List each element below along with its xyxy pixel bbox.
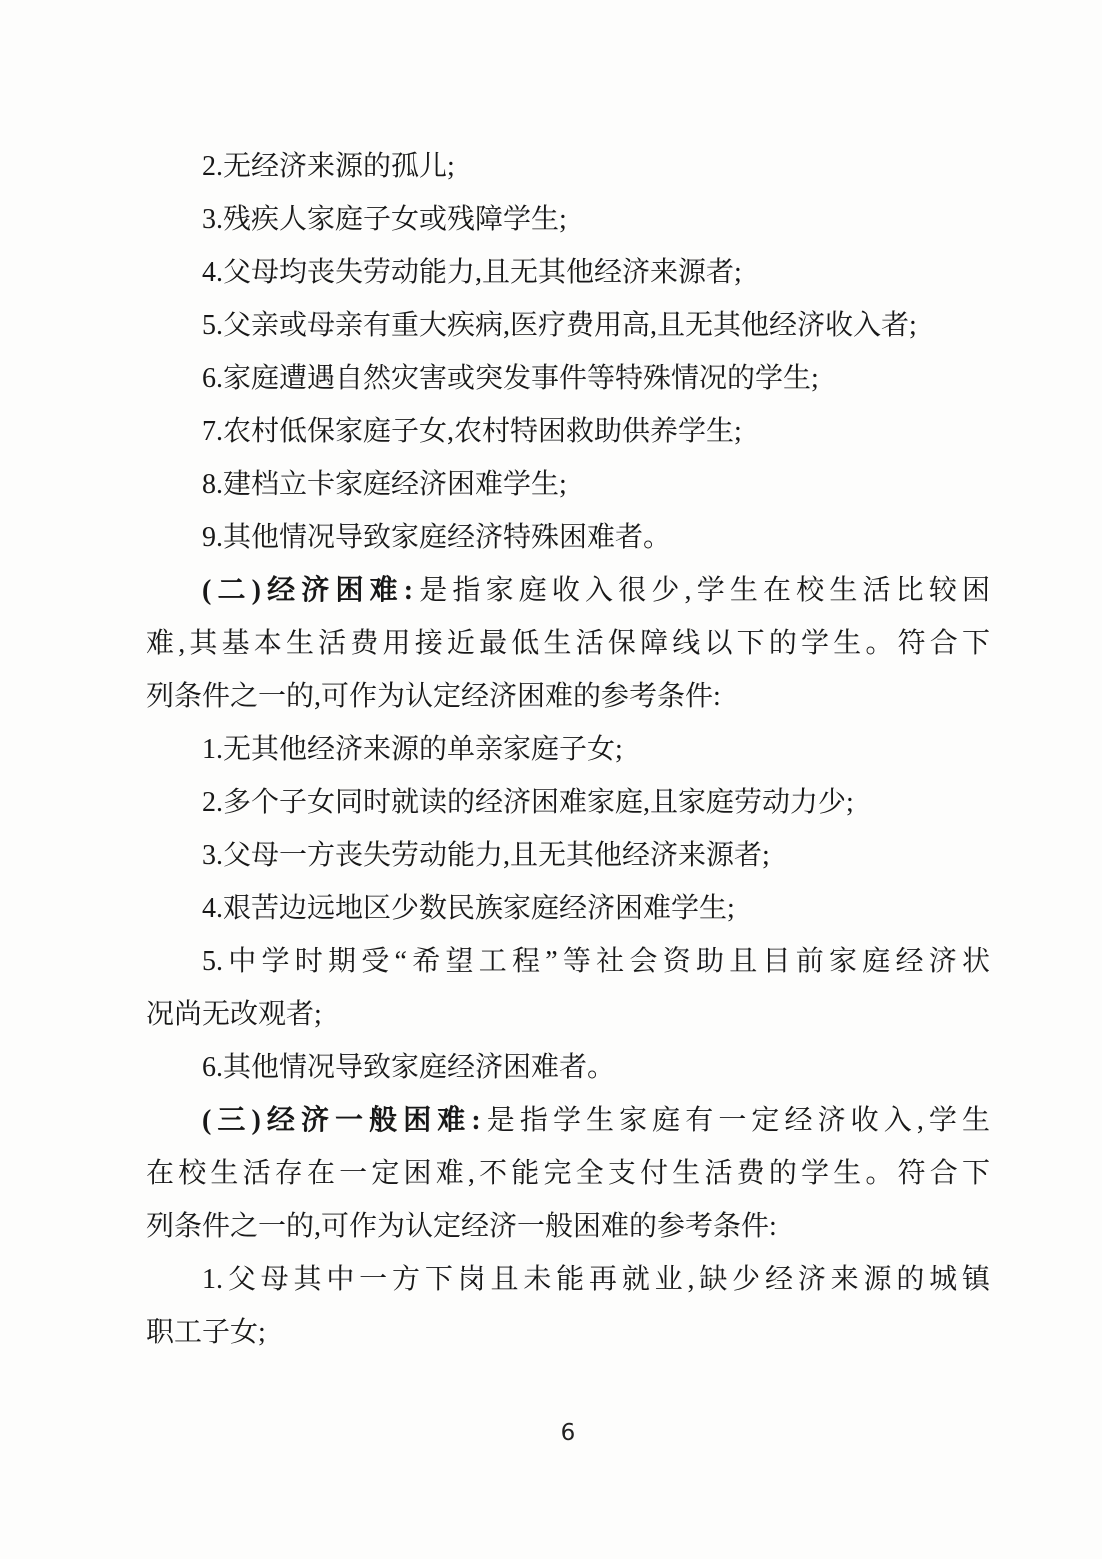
text-line-content: 8.建档立卡家庭经济困难学生;: [202, 469, 567, 500]
text-line-content: 职工子女;: [146, 1317, 266, 1348]
text-line-content: 在校生活存在一定困难,不能完全支付生活费的学生。符合下: [146, 1158, 990, 1189]
text-line-content: 1.无其他经济来源的单亲家庭子女;: [202, 734, 623, 765]
text-line-content: 是指家庭收入很少,学生在校生活比较困: [414, 575, 990, 606]
text-line-content: 4.艰苦边远地区少数民族家庭经济困难学生;: [202, 893, 735, 924]
text-line: 5.父亲或母亲有重大疾病,医疗费用高,且无其他经济收入者;: [146, 299, 990, 352]
text-line-content: 3.残疾人家庭子女或残障学生;: [202, 204, 567, 235]
text-line: 3.残疾人家庭子女或残障学生;: [146, 193, 990, 246]
text-line: 9.其他情况导致家庭经济特殊困难者。: [146, 511, 990, 564]
text-line: 2.多个子女同时就读的经济困难家庭,且家庭劳动力少;: [146, 776, 990, 829]
text-line-content: 6.其他情况导致家庭经济困难者。: [202, 1052, 615, 1083]
text-line-content: 列条件之一的,可作为认定经济困难的参考条件:: [146, 681, 721, 712]
text-line: 1.无其他经济来源的单亲家庭子女;: [146, 723, 990, 776]
text-line: 列条件之一的,可作为认定经济一般困难的参考条件:: [146, 1200, 990, 1253]
text-line: 7.农村低保家庭子女,农村特困救助供养学生;: [146, 405, 990, 458]
text-line: 6.家庭遭遇自然灾害或突发事件等特殊情况的学生;: [146, 352, 990, 405]
text-line: 8.建档立卡家庭经济困难学生;: [146, 458, 990, 511]
text-line: (三)经济一般困难:是指学生家庭有一定经济收入,学生: [146, 1094, 990, 1147]
document-page: 2.无经济来源的孤儿; 3.残疾人家庭子女或残障学生; 4.父母均丧失劳动能力,…: [0, 0, 1102, 1559]
text-line-content: 4.父母均丧失劳动能力,且无其他经济来源者;: [202, 257, 742, 288]
text-line: 4.艰苦边远地区少数民族家庭经济困难学生;: [146, 882, 990, 935]
text-line-content: 6.家庭遭遇自然灾害或突发事件等特殊情况的学生;: [202, 363, 819, 394]
text-line-content: 5.中学时期受“希望工程”等社会资助且目前家庭经济状: [202, 946, 990, 977]
text-line: 3.父母一方丧失劳动能力,且无其他经济来源者;: [146, 829, 990, 882]
text-line-content: 列条件之一的,可作为认定经济一般困难的参考条件:: [146, 1211, 777, 1242]
text-line-content: 7.农村低保家庭子女,农村特困救助供养学生;: [202, 416, 742, 447]
text-line: 2.无经济来源的孤儿;: [146, 140, 990, 193]
text-line: 5.中学时期受“希望工程”等社会资助且目前家庭经济状: [146, 935, 990, 988]
text-line-content: 3.父母一方丧失劳动能力,且无其他经济来源者;: [202, 840, 770, 871]
document-body: 2.无经济来源的孤儿; 3.残疾人家庭子女或残障学生; 4.父母均丧失劳动能力,…: [146, 140, 990, 1359]
text-line: 4.父母均丧失劳动能力,且无其他经济来源者;: [146, 246, 990, 299]
text-line-content: 2.多个子女同时就读的经济困难家庭,且家庭劳动力少;: [202, 787, 854, 818]
text-line: (二)经济困难:是指家庭收入很少,学生在校生活比较困: [146, 564, 990, 617]
text-line: 难,其基本生活费用接近最低生活保障线以下的学生。符合下: [146, 617, 990, 670]
text-line-content: 难,其基本生活费用接近最低生活保障线以下的学生。符合下: [146, 628, 990, 659]
text-line: 况尚无改观者;: [146, 988, 990, 1041]
text-line-content: 1.父母其中一方下岗且未能再就业,缺少经济来源的城镇: [202, 1264, 990, 1295]
text-line-content: 9.其他情况导致家庭经济特殊困难者。: [202, 522, 671, 553]
text-line: 1.父母其中一方下岗且未能再就业,缺少经济来源的城镇: [146, 1253, 990, 1306]
text-line-content: 2.无经济来源的孤儿;: [202, 151, 455, 182]
text-line-content: 5.父亲或母亲有重大疾病,医疗费用高,且无其他经济收入者;: [202, 310, 917, 341]
text-line: 列条件之一的,可作为认定经济困难的参考条件:: [146, 670, 990, 723]
section-title: (三)经济一般困难:: [202, 1105, 482, 1136]
text-line: 在校生活存在一定困难,不能完全支付生活费的学生。符合下: [146, 1147, 990, 1200]
text-line-content: 况尚无改观者;: [146, 999, 322, 1030]
section-title: (二)经济困难:: [202, 575, 414, 606]
text-line: 职工子女;: [146, 1306, 990, 1359]
text-line: 6.其他情况导致家庭经济困难者。: [146, 1041, 990, 1094]
text-line-content: 是指学生家庭有一定经济收入,学生: [482, 1105, 990, 1136]
page-number: 6: [146, 1420, 990, 1446]
